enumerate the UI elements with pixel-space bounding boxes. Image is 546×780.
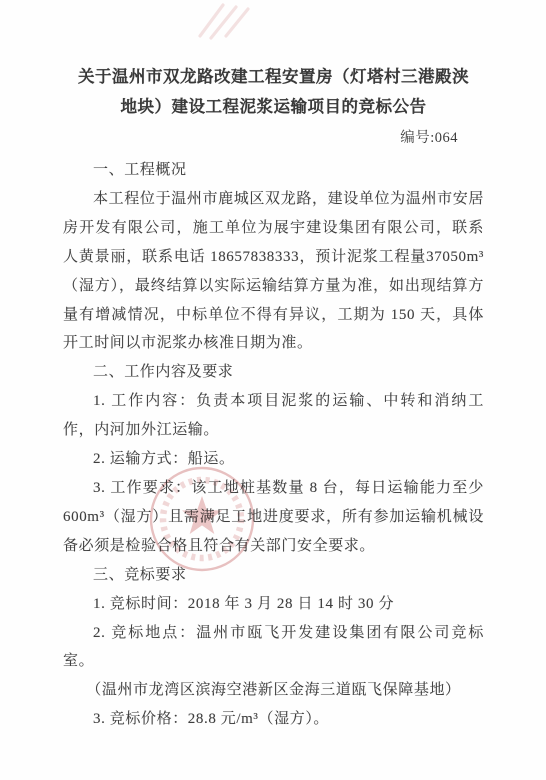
top-edge-red-mark <box>193 0 259 42</box>
document-content: 关于温州市双龙路改建工程安置房（灯塔村三港殿浃 地块）建设工程泥浆运输项目的竞标… <box>63 62 484 734</box>
paragraph: 本工程位于温州市鹿城区双龙路，建设单位为温州市安居房开发有限公司，施工单位为展宇… <box>63 185 484 358</box>
paragraph: 2. 竞标地点：温州市瓯飞开发建设集团有限公司竞标室。 <box>63 619 484 677</box>
doc-number: 编号:064 <box>63 129 484 147</box>
paragraph: 2. 运输方式：船运。 <box>63 445 484 474</box>
paragraph: 1. 工作内容：负责本项目泥浆的运输、中转和消纳工作，内河加外江运输。 <box>63 387 484 445</box>
title-line-2: 地块）建设工程泥浆运输项目的竞标公告 <box>63 92 484 122</box>
scanned-document-page: 关于温州市双龙路改建工程安置房（灯塔村三港殿浃 地块）建设工程泥浆运输项目的竞标… <box>0 0 546 780</box>
title-line-1: 关于温州市双龙路改建工程安置房（灯塔村三港殿浃 <box>63 62 484 92</box>
paragraph: （温州市龙湾区滨海空港新区金海三道瓯飞保障基地） <box>63 676 484 705</box>
paragraph: 一、工程概况 <box>63 156 484 185</box>
document-title: 关于温州市双龙路改建工程安置房（灯塔村三港殿浃 地块）建设工程泥浆运输项目的竞标… <box>63 62 484 122</box>
document-body: 一、工程概况本工程位于温州市鹿城区双龙路，建设单位为温州市安居房开发有限公司，施… <box>63 156 484 734</box>
paragraph: 1. 竞标时间：2018 年 3 月 28 日 14 时 30 分 <box>63 590 484 619</box>
paragraph: 3. 工作要求：该工地桩基数量 8 台，每日运输能力至少600m³（湿方）且需满… <box>63 474 484 561</box>
paragraph: 3. 竞标价格：28.8 元/m³（湿方）。 <box>63 705 484 734</box>
paragraph: 三、竞标要求 <box>63 561 484 590</box>
paragraph: 二、工作内容及要求 <box>63 358 484 387</box>
